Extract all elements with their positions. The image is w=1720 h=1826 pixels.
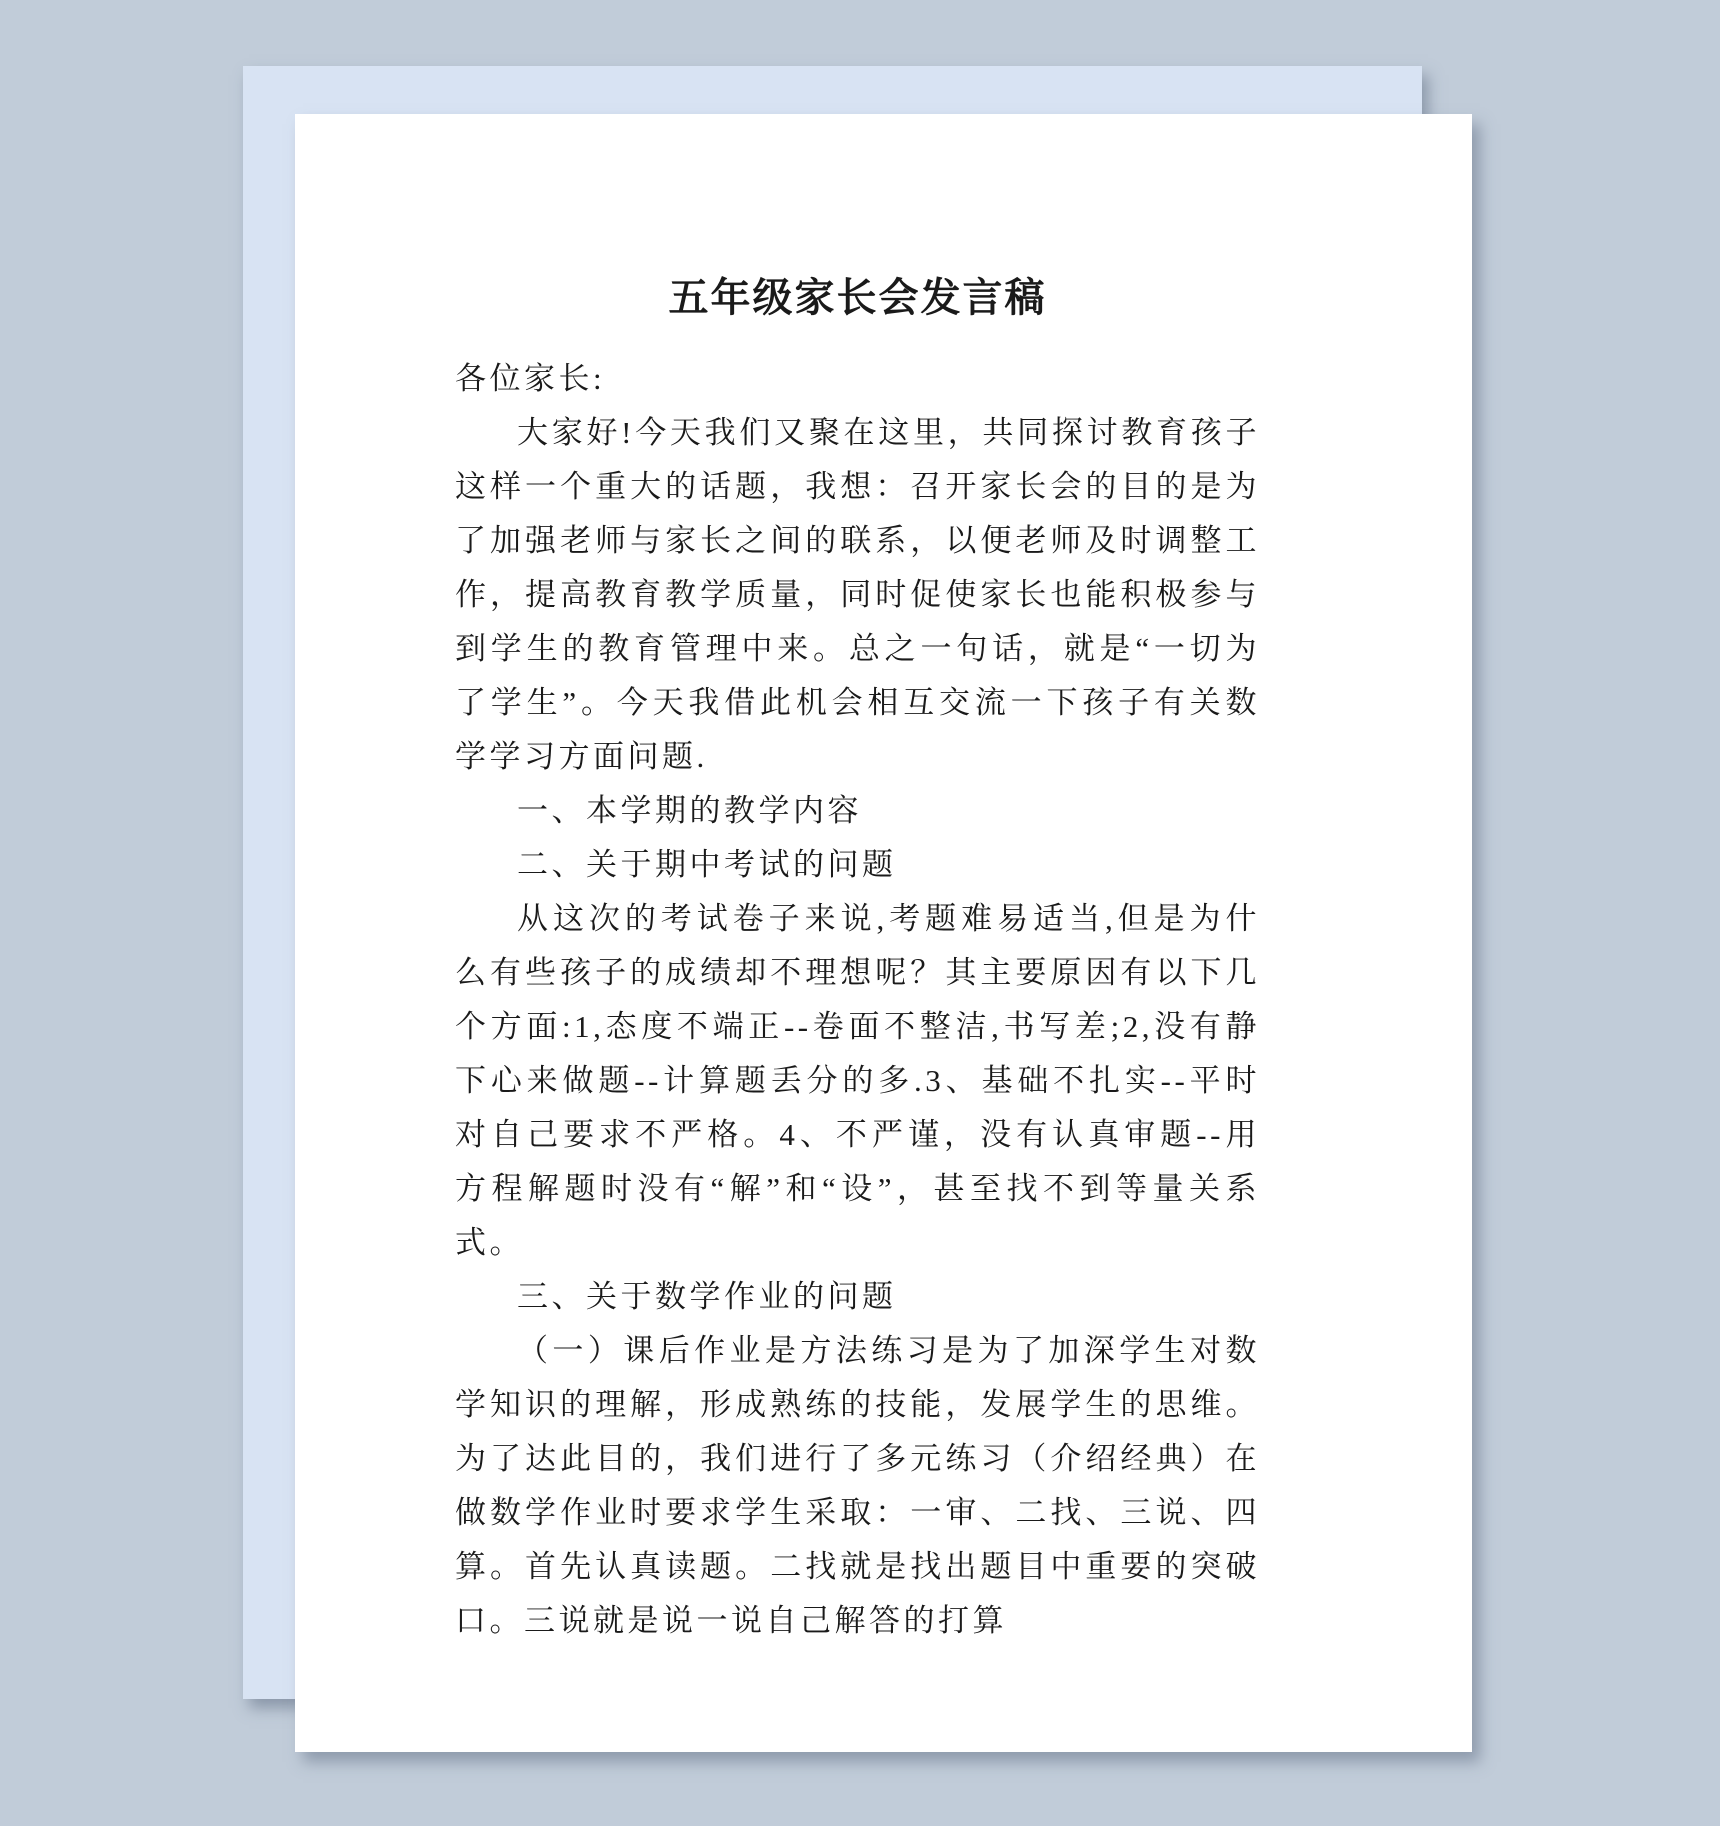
paragraph-section-2-heading: 二、关于期中考试的问题 [455,838,1260,892]
desktop-canvas: 五年级家长会发言稿 各位家长: 大家好!今天我们又聚在这里，共同探讨教育孩子这样… [0,0,1720,1826]
document-page: 五年级家长会发言稿 各位家长: 大家好!今天我们又聚在这里，共同探讨教育孩子这样… [295,114,1472,1752]
paragraph-opening: 大家好!今天我们又聚在这里，共同探讨教育孩子这样一个重大的话题，我想：召开家长会… [455,406,1260,784]
document-body: 各位家长: 大家好!今天我们又聚在这里，共同探讨教育孩子这样一个重大的话题，我想… [455,352,1260,1648]
paragraph-section-3-heading: 三、关于数学作业的问题 [455,1270,1260,1324]
paragraph-homework: （一）课后作业是方法练习是为了加深学生对数学知识的理解，形成熟练的技能，发展学生… [455,1324,1260,1648]
paragraph-exam-analysis: 从这次的考试卷子来说,考题难易适当,但是为什么有些孩子的成绩却不理想呢？其主要原… [455,892,1260,1270]
paragraph-salutation: 各位家长: [455,352,1260,406]
document-title: 五年级家长会发言稿 [455,272,1260,324]
paragraph-section-1-heading: 一、本学期的教学内容 [455,784,1260,838]
